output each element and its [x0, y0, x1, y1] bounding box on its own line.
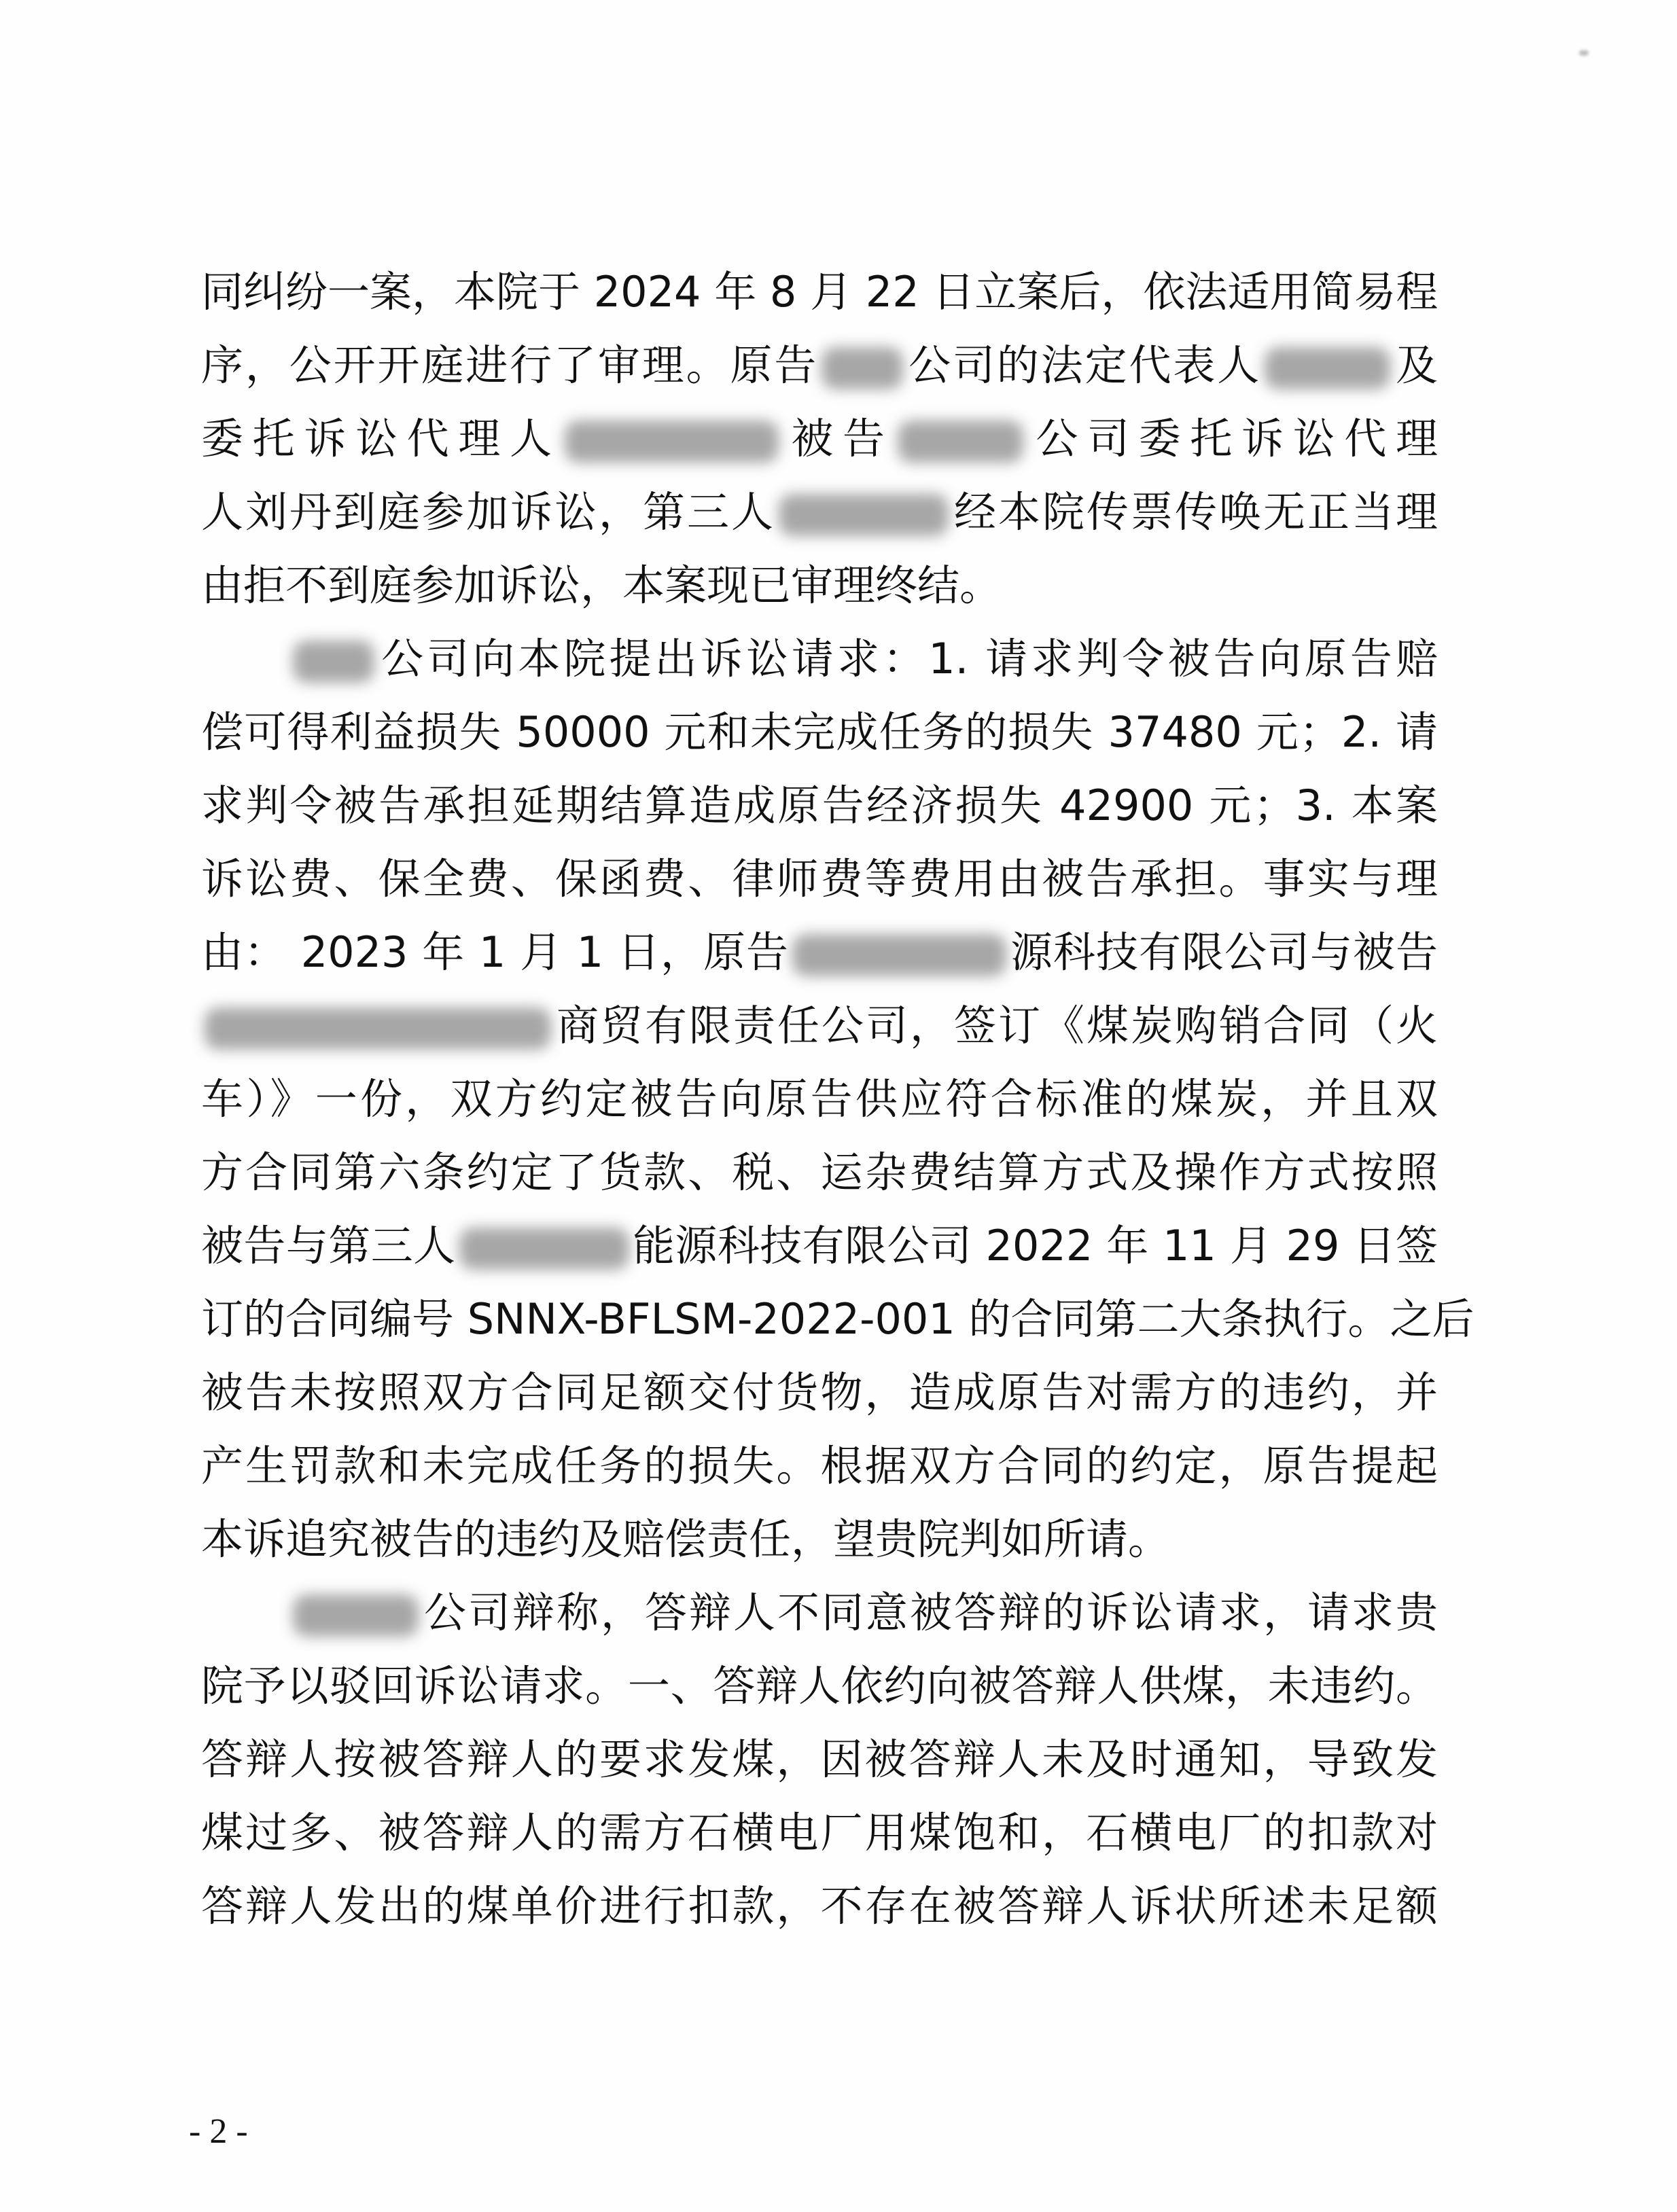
plaintiff-claims-line: 诉讼费、保全费、保函费、律师费等费用由被告承担。事实与理: [201, 842, 1438, 916]
redacted-name: [459, 1228, 629, 1270]
plaintiff-claims-line: 本诉追究被告的违约及赔偿责任，望贵院判如所请。: [201, 1503, 1438, 1576]
plaintiff-claims-line: 商贸有限责任公司，签订《煤炭购销合同（火: [201, 989, 1438, 1063]
plaintiff-claims-line: 被告与第三人能源科技有限公司 2022 年 11 月 29 日签: [201, 1209, 1438, 1283]
scan-artifact: [1579, 50, 1589, 56]
plaintiff-claims-line: 被告未按照双方合同足额交付货物，造成原告对需方的违约，并: [201, 1356, 1438, 1429]
text-segment: 序，公开开庭进行了审理。原告: [201, 340, 818, 390]
text-segment: 由拒不到庭参加诉讼，本案现已审理终结。: [201, 560, 1002, 610]
text-segment: 煤过多、被答辩人的需方石横电厂用煤饱和，石横电厂的扣款对: [201, 1808, 1438, 1857]
text-segment: 委托诉讼代理人: [201, 414, 561, 463]
defendant-reply-line: 答辩人发出的煤单价进行扣款，不存在被答辩人诉状所述未足额: [201, 1870, 1438, 1943]
text-segment: 同纠纷一案，本院于 2024 年 8 月 22 日立案后，依法适用简易程: [201, 267, 1438, 317]
redacted-name: [792, 934, 1006, 976]
redacted-name: [1265, 347, 1390, 389]
text-segment: 公司的法定代表人: [906, 340, 1261, 390]
case-procedure-line: 序，公开开庭进行了审理。原告公司的法定代表人及: [201, 329, 1438, 402]
text-segment: 车）》一份，双方约定被告向原告供应符合标准的煤炭，并且双: [201, 1074, 1438, 1124]
plaintiff-claims-line: 求判令被告承担延期结算造成原告经济损失 42900 元；3. 本案: [201, 769, 1438, 842]
defendant-reply-line: 煤过多、被答辩人的需方石横电厂用煤饱和，石横电厂的扣款对: [201, 1796, 1438, 1870]
text-segment: 能源科技有限公司 2022 年 11 月 29 日签: [633, 1221, 1438, 1270]
text-segment: 诉讼费、保全费、保函费、律师费等费用由被告承担。事实与理: [201, 854, 1438, 904]
text-segment: 答辩人发出的煤单价进行扣款，不存在被答辩人诉状所述未足额: [201, 1881, 1438, 1931]
text-segment: 偿可得利益损失 50000 元和未完成任务的损失 37480 元；2. 请: [201, 707, 1438, 757]
text-segment: 公司辩称，答辩人不同意被答辩的诉讼请求，请求贵: [422, 1588, 1438, 1637]
text-segment: 本诉追究被告的违约及赔偿责任，望贵院判如所请。: [201, 1514, 1170, 1564]
judgment-body-text: 同纠纷一案，本院于 2024 年 8 月 22 日立案后，依法适用简易程序，公开…: [201, 255, 1438, 1943]
text-segment: 求判令被告承担延期结算造成原告经济损失 42900 元；3. 本案: [201, 781, 1438, 830]
plaintiff-claims-line: 车）》一份，双方约定被告向原告供应符合标准的煤炭，并且双: [201, 1063, 1438, 1136]
defendant-reply-line: 答辩人按被答辩人的要求发煤，因被答辩人未及时通知，导致发: [201, 1723, 1438, 1796]
text-segment: 及: [1394, 340, 1438, 390]
defendant-reply-line: 院予以驳回诉讼请求。一、答辩人依约向被答辩人供煤，未违约。: [201, 1649, 1438, 1723]
plaintiff-claims-line: 公司向本院提出诉讼请求：1. 请求判令被告向原告赔: [201, 622, 1438, 696]
plaintiff-claims-line: 方合同第六条约定了货款、税、运杂费结算方式及操作方式按照: [201, 1136, 1438, 1209]
case-procedure-line: 同纠纷一案，本院于 2024 年 8 月 22 日立案后，依法适用简易程: [201, 255, 1438, 329]
text-segment: 院予以驳回诉讼请求。一、答辩人依约向被答辩人供煤，未违约。: [201, 1661, 1438, 1711]
text-segment: 产生罚款和未完成任务的损失。根据双方合同的约定，原告提起: [201, 1441, 1438, 1491]
redacted-name: [293, 641, 374, 683]
text-segment: 被告: [782, 414, 894, 463]
page-number: - 2 -: [189, 2111, 248, 2152]
redacted-name: [565, 421, 779, 463]
redacted-name: [898, 421, 1023, 463]
defendant-reply-line: 公司辩称，答辩人不同意被答辩的诉讼请求，请求贵: [201, 1576, 1438, 1649]
text-segment: 被告未按照双方合同足额交付货物，造成原告对需方的违约，并: [201, 1368, 1438, 1417]
plaintiff-claims-line: 偿可得利益损失 50000 元和未完成任务的损失 37480 元；2. 请: [201, 696, 1438, 769]
plaintiff-claims-line: 由： 2023 年 1 月 1 日，原告源科技有限公司与被告: [201, 916, 1438, 989]
redacted-name: [293, 1594, 419, 1637]
document-page: 同纠纷一案，本院于 2024 年 8 月 22 日立案后，依法适用简易程序，公开…: [0, 0, 1677, 2212]
text-segment: 源科技有限公司与被告: [1010, 927, 1438, 977]
text-segment: 人刘丹到庭参加诉讼，第三人: [201, 487, 775, 537]
case-procedure-line: 委托诉讼代理人被告公司委托诉讼代理: [201, 402, 1438, 476]
text-segment: 由： 2023 年 1 月 1 日，原告: [201, 927, 789, 977]
text-segment: 公司委托诉讼代理: [1027, 414, 1438, 463]
text-segment: 公司向本院提出诉讼请求：1. 请求判令被告向原告赔: [378, 634, 1438, 683]
text-segment: 经本院传票传唤无正当理: [952, 487, 1438, 537]
case-procedure-line: 由拒不到庭参加诉讼，本案现已审理终结。: [201, 549, 1438, 622]
redacted-name: [779, 494, 949, 536]
text-segment: 商贸有限责任公司，签订《煤炭购销合同（火: [554, 1001, 1438, 1050]
plaintiff-claims-line: 产生罚款和未完成任务的损失。根据双方合同的约定，原告提起: [201, 1429, 1438, 1503]
text-segment: 答辩人按被答辩人的要求发煤，因被答辩人未及时通知，导致发: [201, 1734, 1438, 1784]
redacted-name: [822, 347, 903, 389]
text-segment: 订的合同编号 SNNX-BFLSM-2022-001 的合同第二大条执行。之后: [201, 1294, 1475, 1344]
plaintiff-claims-line: 订的合同编号 SNNX-BFLSM-2022-001 的合同第二大条执行。之后: [201, 1283, 1438, 1356]
text-segment: 被告与第三人: [201, 1221, 456, 1270]
text-segment: 方合同第六条约定了货款、税、运杂费结算方式及操作方式按照: [201, 1147, 1438, 1197]
redacted-name: [205, 1007, 551, 1050]
case-procedure-line: 人刘丹到庭参加诉讼，第三人经本院传票传唤无正当理: [201, 476, 1438, 549]
